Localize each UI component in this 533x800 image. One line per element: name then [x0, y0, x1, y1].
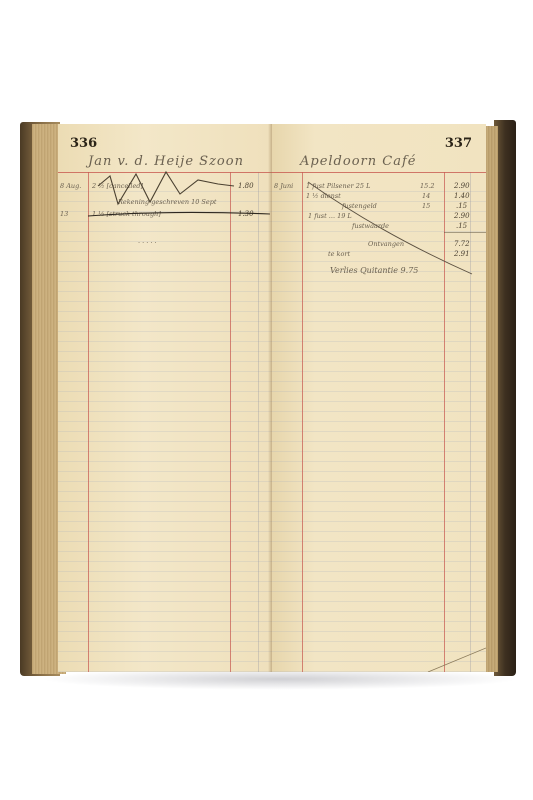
- entry-description: fustengeld: [342, 202, 377, 210]
- entry-qty: 15.2: [420, 182, 434, 190]
- entry-qty: 15: [422, 202, 430, 210]
- subtotal-amount: 7.72: [454, 240, 470, 248]
- left-page: 336 Jan v. d. Heije Szoon 8 Aug. 2 ½ [ca…: [58, 124, 272, 672]
- ledger-book: 336 Jan v. d. Heije Szoon 8 Aug. 2 ½ [ca…: [20, 120, 516, 678]
- subtotal-label: Ontvangen: [368, 240, 404, 248]
- date-column-rule: [88, 172, 89, 672]
- cents-column-rule: [258, 172, 259, 672]
- entry-description: 2 ½ [cancelled]: [92, 182, 143, 190]
- entry-amount: 2.90: [454, 212, 470, 220]
- entry-amount: 2.90: [454, 182, 470, 190]
- final-note: Verlies Quitantie 9.75: [330, 266, 418, 275]
- entry-amount: 1.30: [238, 210, 254, 218]
- entry-qty: 14: [422, 192, 430, 200]
- entry-description: fustwaarde: [352, 222, 389, 230]
- header-rule: [272, 172, 486, 173]
- entry-amount: .15: [456, 202, 467, 210]
- entry-date: 8 Aug.: [60, 182, 81, 190]
- date-column-rule: [302, 172, 303, 672]
- account-name: Jan v. d. Heije Szoon: [88, 154, 244, 169]
- entry-description: · · · · ·: [138, 239, 157, 247]
- right-page: 337 Apeldoorn Café 8 Juni 1 fust Pilsene…: [272, 124, 486, 672]
- balance-label: te kort: [328, 250, 350, 258]
- entry-date: 8 Juni: [274, 182, 293, 190]
- page-number: 336: [70, 136, 97, 151]
- entry-description: Rekening geschreven 10 Sept: [118, 198, 217, 206]
- entry-amount: 1.40: [454, 192, 470, 200]
- account-name: Apeldoorn Café: [300, 154, 416, 169]
- entry-description: 1 ½ dienst: [306, 192, 341, 200]
- header-rule: [58, 172, 272, 173]
- ruled-lines: [58, 182, 272, 672]
- entry-date: 13: [60, 210, 68, 218]
- amount-column-rule: [230, 172, 231, 672]
- entry-amount: 1.80: [238, 182, 254, 190]
- entry-description: 1 ½ [struck through]: [92, 210, 161, 218]
- entry-description: 1 fust ... 19 L: [308, 212, 352, 220]
- amount-column-rule: [444, 172, 445, 672]
- page-number: 337: [445, 136, 472, 151]
- subtotal-rule: [444, 232, 486, 233]
- entry-description: 1 fust Pilsener 25 L: [306, 182, 370, 190]
- entry-amount: .15: [456, 222, 467, 230]
- cents-column-rule: [470, 172, 471, 672]
- balance-amount: 2.91: [454, 250, 470, 258]
